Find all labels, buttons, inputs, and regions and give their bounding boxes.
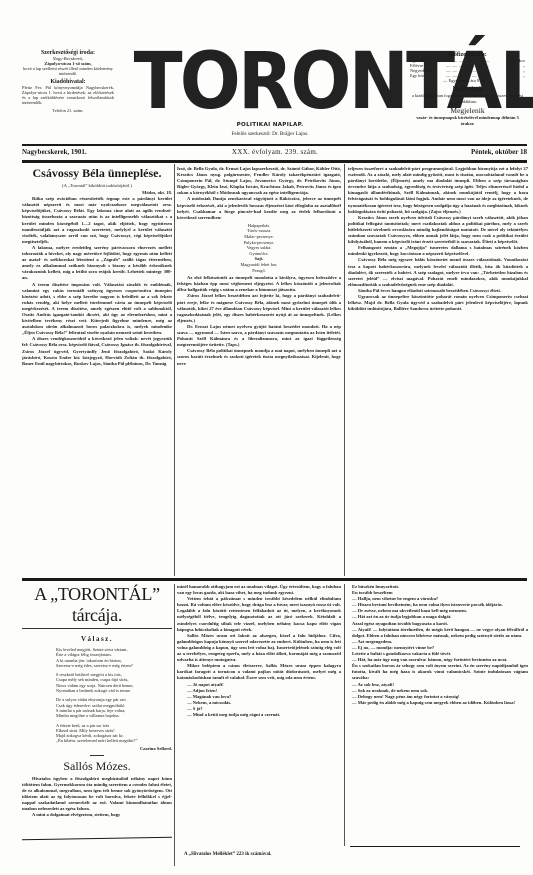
price-label: Egy hóra [410, 73, 446, 78]
article-paragraph: Zsiros József lelkes beszédében azt fejt… [177, 293, 341, 323]
article-paragraph: Izsó, dr. Bella Gyula, dr. Ernszt Lajos … [177, 166, 341, 196]
poem-stanza: Kis leveled megjött. Szinte sírva vártam… [56, 647, 172, 668]
office-text: Pleitz Fer. Pál könyvnyomdája Nagybecske… [22, 85, 114, 105]
section-rule [22, 578, 527, 581]
story-dialogue: — Jó napot atyafi! — Adjon Isten! — Magá… [177, 682, 341, 719]
story-title: Sallós Mózes. [22, 759, 172, 774]
feuilleton-title: A „TORONTÁL” tárcája. [22, 584, 172, 626]
poem-line: Nyomában a betűnek zokogó vád is terme. [56, 688, 172, 693]
poem-line: Szeretsz-e még édes, szeretsz-e még érte… [56, 663, 172, 668]
poem-author: Czarina Sellord. [22, 746, 172, 752]
article-paragraph: A terem díszítése imposáns volt. Választ… [22, 282, 172, 337]
column-divider [174, 584, 175, 866]
masthead-subtitle: POLITIKAI NAPILAP. [170, 122, 370, 128]
article-paragraph: Csávossy Béla még egyszer hálás köszönet… [348, 257, 528, 287]
story-line: — Atyafi! — folytattam türelmetlen, de m… [352, 627, 528, 639]
price-unit: „ [515, 73, 525, 78]
article-paragraph: Csávossy Béla politikai ünnepnek mondja … [177, 348, 341, 366]
masthead-rule-bottom [22, 160, 527, 163]
masthead-title: TORONTÁL [134, 47, 401, 117]
article-paragraph: Ritka szép ovációban részesítették tegna… [22, 196, 172, 245]
article-column-2: Izsó, dr. Bella Gyula, dr. Ernszt Lajos … [177, 166, 341, 576]
story-line: — Már pedig én alább még a kapuig sem me… [352, 700, 528, 706]
appears-text: vasár- és ünnepnapok kivételével mindenn… [410, 115, 525, 126]
dialogue-line: — Mind a kettő meg tudja még rágni a cze… [187, 712, 341, 718]
article-paragraph: A módosiak Danija zenekarával rágyújtott… [177, 196, 341, 220]
poem: Kis leveled megjött. Szinte sírva vártam… [22, 647, 172, 744]
column-divider [344, 164, 345, 576]
article-paragraph: Felhangzott ezután a „Megojija” ismerete… [348, 245, 528, 257]
menu-item: Pezsgő. [177, 268, 341, 274]
supplement-note: A „Hivatalos Melléklet” 223 ik számával. [184, 852, 272, 858]
ads-text: a kiadóhivatalban fogadtatnak el. Azonkí… [410, 93, 525, 104]
masthead-editor: Felelős szerkesztő: Dr. Brájjer Lajos. [170, 131, 370, 137]
story-paragraph: A mint a dolgaimat elvégeztem, siettem, … [22, 812, 172, 818]
appears-heading: Megjelenik [410, 106, 525, 115]
poem-stanza: De a sulyos vádat elnyomja egy pár szó. … [56, 697, 172, 718]
feuilleton-column-3: Ez büszkén hunyorított. En tovább beszél… [348, 584, 528, 846]
story-paragraph: minél hamarabb otthagyjam ezt az unalmas… [177, 584, 341, 596]
article-byline: (A „Torontál” kiküldött tudósítójától.) [22, 183, 172, 189]
story-paragraph: Vettem tehát a pálczámat s minden tovább… [177, 596, 341, 633]
poem-line: „Én kíbém, szerelemed mért kellett megöl… [56, 738, 172, 743]
column-end-rule [350, 846, 520, 847]
dateline-place-year: Nagybecskerek, 1901. [22, 148, 87, 158]
poem-stanza: S reszkető betűivel megjött a kis írás, … [56, 672, 172, 693]
editorial-note: hová a lap szellemi részét illető minden… [22, 66, 114, 76]
newspaper-page: Szerkesztőségi iroda: Nagy-Becskerek, Zá… [0, 0, 533, 875]
story-paragraph: Sallós Mózes uram ott lakott az alszegen… [177, 633, 341, 663]
article-headline: Csávossy Béla ünneplése. [22, 166, 172, 181]
separator-rule [90, 755, 104, 756]
story-paragraph: Mikor beléptem a csinos életszerre, Sall… [177, 663, 341, 681]
dinner-menu: Halpaprikás. Túrós-csusza. Malac-pecseny… [177, 223, 341, 273]
feuilleton-title-rule [22, 628, 172, 629]
poem-stanza: A fekete betű, az a pár sor írás Elkezd … [56, 723, 172, 744]
masthead-subtitle-block: POLITIKAI NAPILAP. Felelős szerkesztő: D… [170, 122, 370, 137]
article-paragraph: Ugyancsak az ünnepeltre köszöntötte poha… [348, 294, 528, 312]
article-paragraph: Krsztics János szerb nyelven üdvözli Csá… [348, 215, 528, 245]
editorial-info-box: Szerkesztőségi iroda: Nagy-Becskerek, Zá… [22, 50, 114, 113]
feuilleton-column-2: minél hamarabb otthagyjam ezt az unalmas… [177, 584, 341, 846]
column-divider [174, 164, 175, 576]
column-divider [344, 584, 345, 846]
story-line: Én s szokatlan borsos ár sehogy sem volt… [352, 663, 528, 681]
article-paragraph: A lakoma, melyre eredetileg szerény párt… [22, 245, 172, 282]
dateline-volume: XXX. évfolyam. 239. szám. [210, 148, 340, 158]
article-paragraph: A díszes vendégkoszorúból a következő je… [22, 336, 172, 366]
office-phone: Telefon 21. szám. [22, 108, 114, 113]
article-column-3: teljesen összeforrt a szabadelvű-párt pr… [348, 166, 528, 576]
article-paragraph: Dr. Ernszt Lajos német nyelven gyújtó ha… [177, 324, 341, 348]
article-column-1: Csávossy Béla ünneplése. (A „Torontál” k… [22, 166, 172, 576]
ads-heading: Hirdetések [410, 85, 525, 93]
poem-title: Válasz. [22, 635, 172, 643]
price-value: 2 [499, 73, 515, 78]
masthead-rule-top [22, 144, 527, 146]
article-paragraph: teljesen összeforrt a szabadelvű-párt pr… [348, 166, 528, 215]
dateline-date: Péntek, október 18 [430, 148, 527, 158]
single-copy-price: — Egyes szám ára 8 fill. — [410, 78, 525, 83]
feuilleton-column-1: A „TORONTÁL” tárcája. Válasz. Kis levele… [22, 584, 172, 864]
poem-line: Mintha megölne a vállamra hajolna. [56, 713, 172, 718]
article-paragraph: Az első felköszöntőt az ünnepelt mondott… [177, 275, 341, 293]
story-paragraph: Hivatalos ügyben a főszolgabíró megbízás… [22, 776, 172, 813]
subscription-info-box: Előfizetési ára: Egész évre— — — — — — —… [410, 52, 525, 126]
